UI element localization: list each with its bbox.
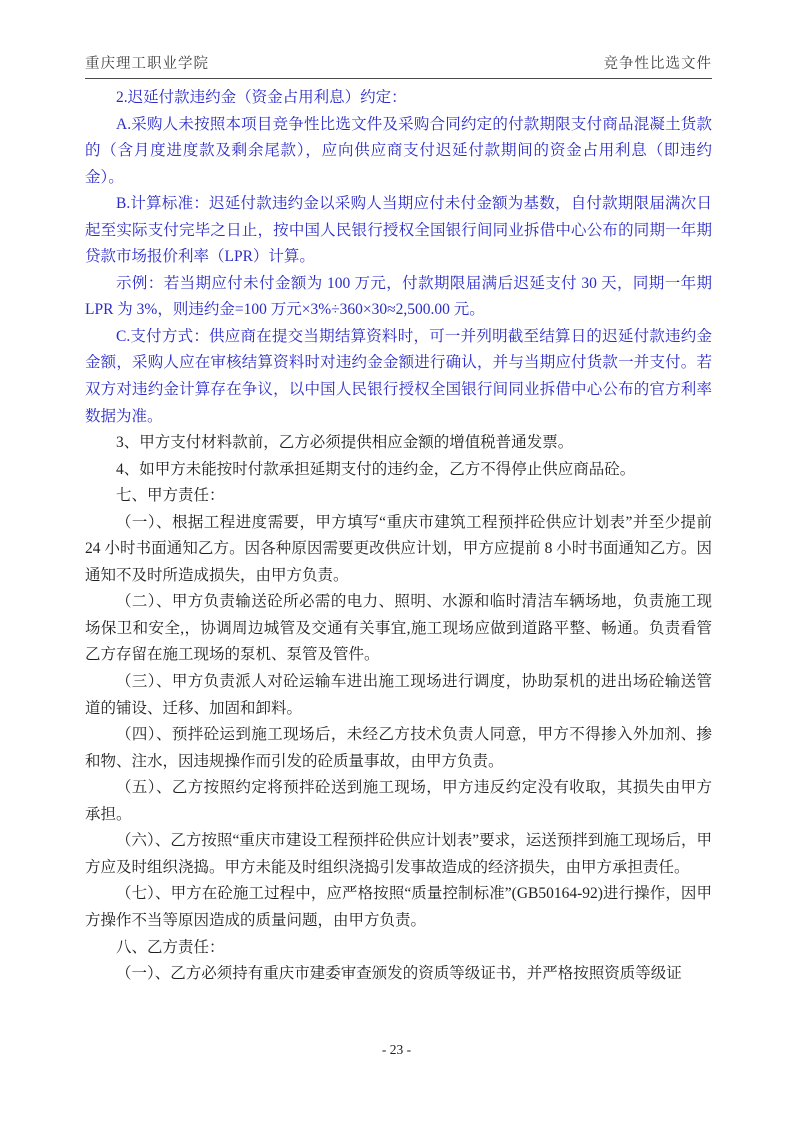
paragraph: （三）、甲方负责派人对砼运输车进出施工现场进行调度，协助泵机的进出场砼输送管道的… [85,669,712,722]
header-org-name: 重庆理工职业学院 [85,52,209,73]
paragraph: （一）、乙方必须持有重庆市建委审查颁发的资质等级证书，并严格按照资质等级证 [85,961,712,988]
paragraph: 2.迟延付款违约金（资金占用利息）约定： [85,85,712,112]
paragraph: （二）、甲方负责输送砼所必需的电力、照明、水源和临时清洁车辆场地，负责施工现场保… [85,589,712,669]
paragraph: 八、乙方责任： [85,935,712,962]
page-number: - 23 - [382,1042,411,1057]
document-body: 2.迟延付款违约金（资金占用利息）约定： A.采购人未按照本项目竞争性比选文件及… [85,85,712,988]
paragraph: （一）、根据工程进度需要，甲方填写“重庆市建筑工程预拌砼供应计划表”并至少提前 … [85,510,712,590]
paragraph: （六）、乙方按照“重庆市建设工程预拌砼供应计划表”要求，运送预拌到施工现场后，甲… [85,828,712,881]
page-header: 重庆理工职业学院 竞争性比选文件 [85,52,712,79]
header-doc-type: 竞争性比选文件 [604,52,713,73]
paragraph: 示例：若当期应付未付金额为 100 万元，付款期限届满后迟延支付 30 天，同期… [85,271,712,324]
paragraph: A.采购人未按照本项目竞争性比选文件及采购合同约定的付款期限支付商品混凝土货款的… [85,112,712,192]
paragraph: B.计算标准：迟延付款违约金以采购人当期应付未付金额为基数，自付款期限届满次日起… [85,191,712,271]
paragraph: （五）、乙方按照约定将预拌砼送到施工现场，甲方违反约定没有收取，其损失由甲方承担… [85,775,712,828]
paragraph: （七）、甲方在砼施工过程中，应严格按照“质量控制标准”(GB50164-92)进… [85,881,712,934]
page-footer: - 23 - [0,1042,793,1058]
paragraph: C.支付方式：供应商在提交当期结算资料时，可一并列明截至结算日的迟延付款违约金金… [85,324,712,430]
document-page: 重庆理工职业学院 竞争性比选文件 2.迟延付款违约金（资金占用利息）约定： A.… [0,0,793,1122]
paragraph: 3、甲方支付材料款前，乙方必须提供相应金额的增值税普通发票。 [85,430,712,457]
paragraph: 七、甲方责任： [85,483,712,510]
paragraph: （四）、预拌砼运到施工现场后，未经乙方技术负责人同意，甲方不得掺入外加剂、掺和物… [85,722,712,775]
paragraph: 4、如甲方未能按时付款承担延期支付的违约金，乙方不得停止供应商品砼。 [85,457,712,484]
